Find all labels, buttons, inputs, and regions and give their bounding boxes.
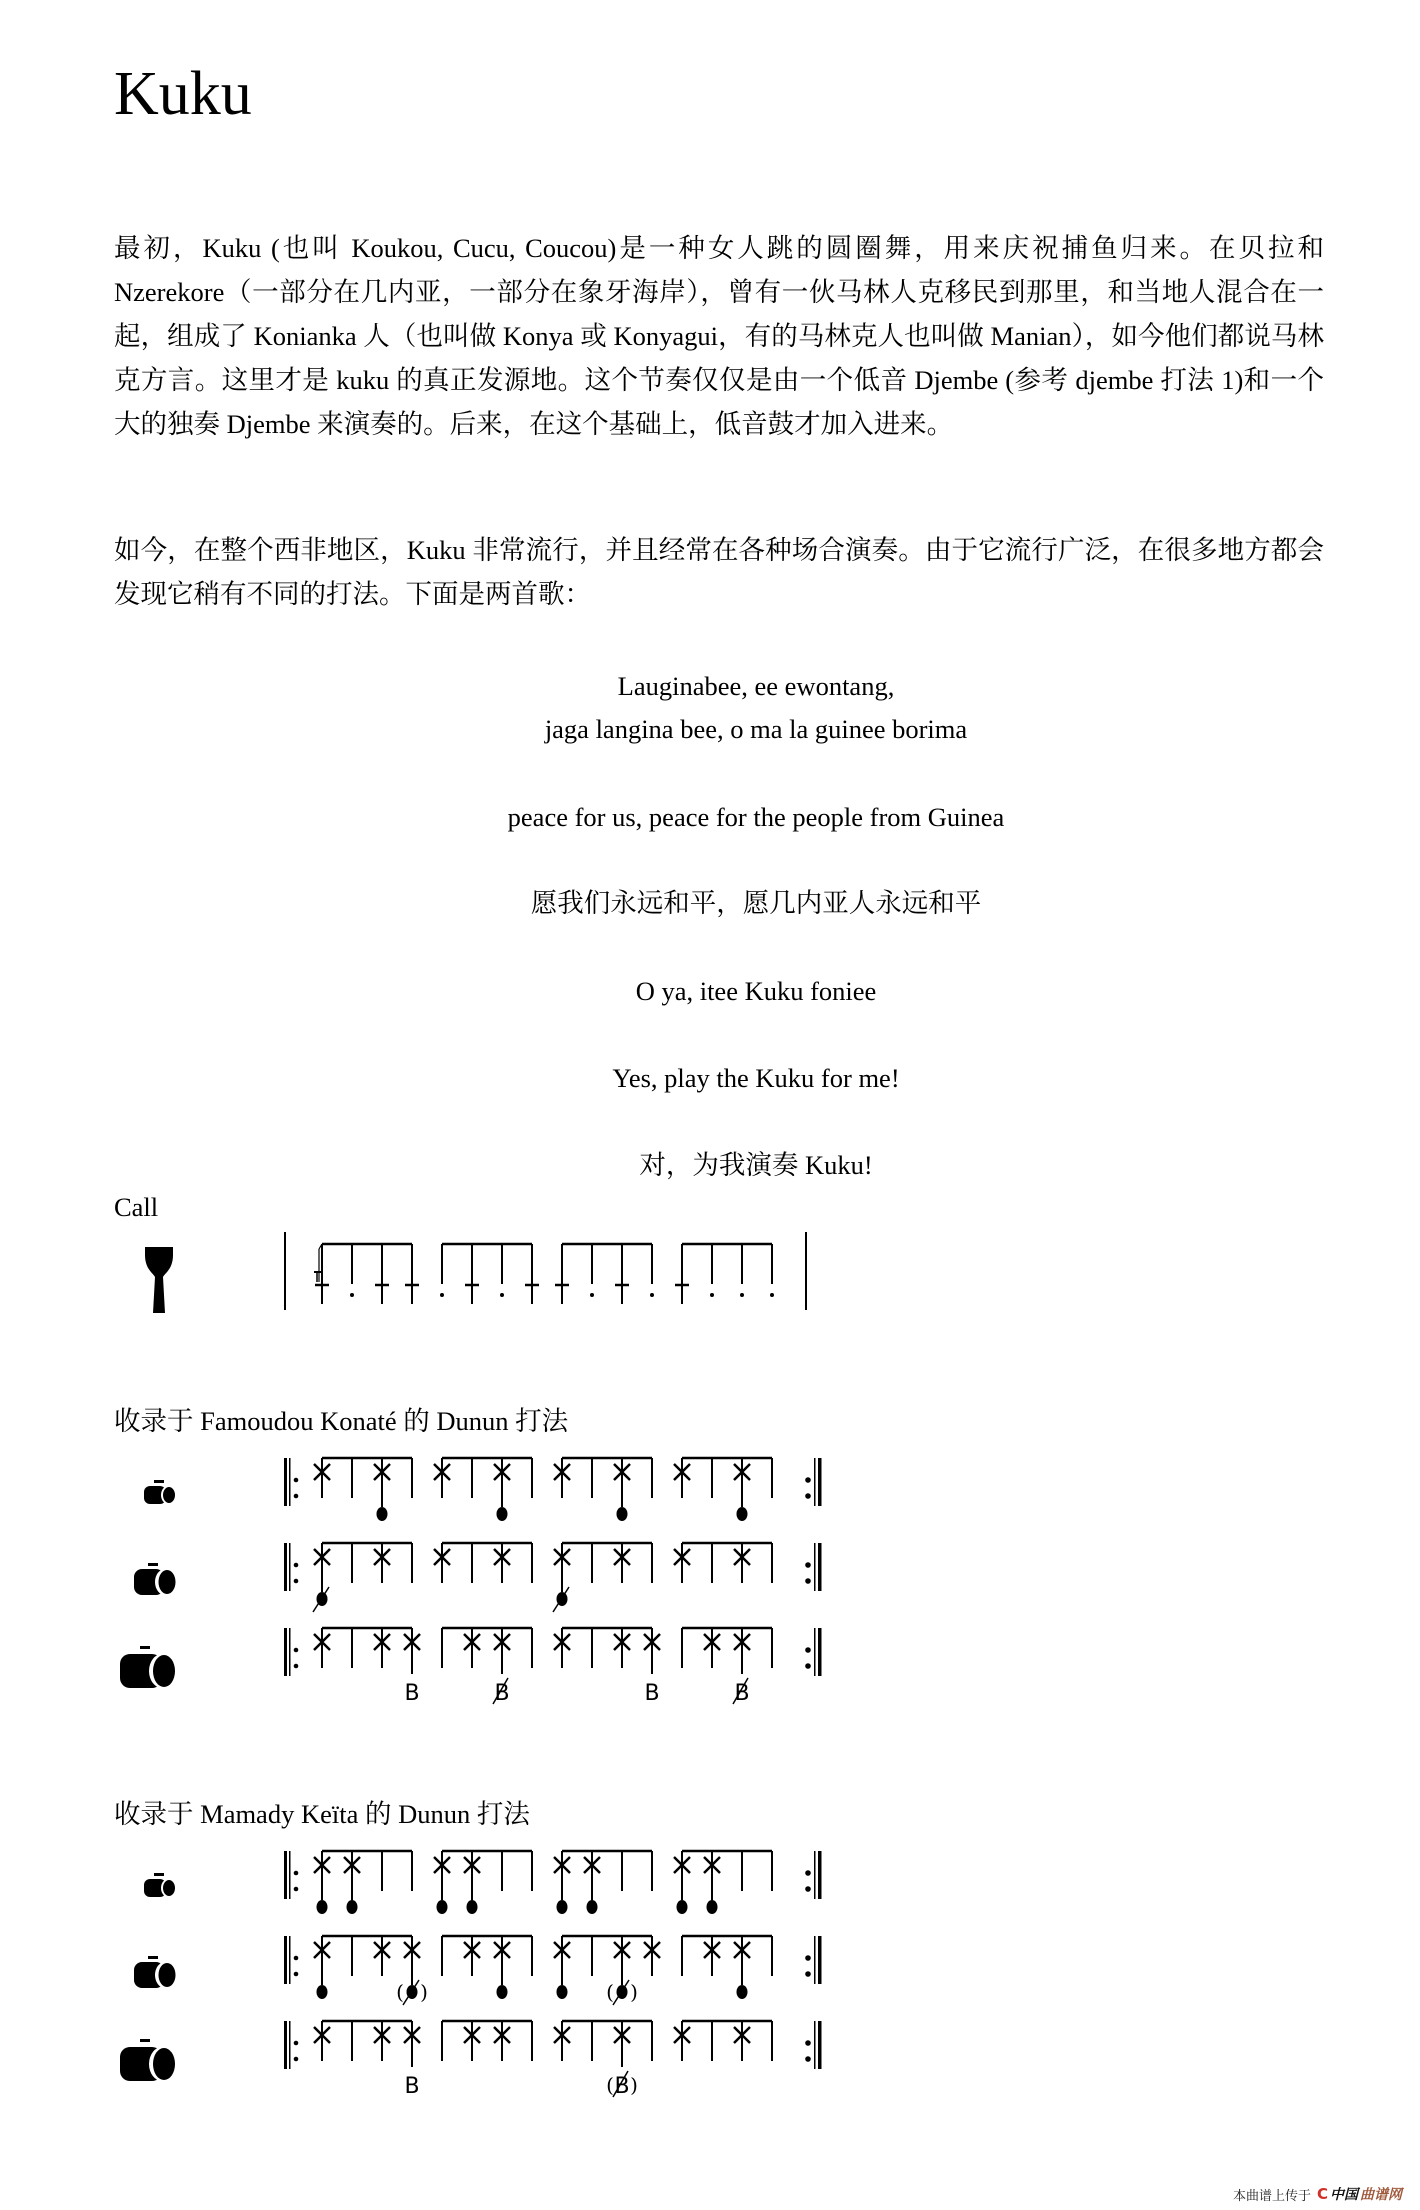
section-label-mamady: 收录于 Mamady Keïta 的 Dunun 打法: [114, 1797, 530, 1831]
lyric-line: O ya, itee Kuku foniee: [0, 974, 1420, 1008]
section-label-famoudou: 收录于 Famoudou Konaté 的 Dunun 打法: [114, 1404, 568, 1438]
lyric-line: 对，为我演奏 Kuku!: [0, 1148, 1420, 1182]
famoudou-sangban-row: [0, 1537, 1420, 1627]
mamady-kenkeni-row: [0, 1845, 1420, 1935]
kenkeni-staff: [0, 1845, 1420, 1935]
lyric-line: Lauginabee, ee ewontang,: [0, 669, 1420, 703]
lyric-line: peace for us, peace for the people from …: [0, 800, 1420, 834]
intro-paragraph: 最初，Kuku (也叫 Koukou, Cucu, Coucou)是一种女人跳的…: [114, 226, 1324, 446]
svg-text:B: B: [614, 2074, 629, 2099]
svg-text:B: B: [734, 1681, 749, 1706]
famoudou-dundunba-row: BBBB: [0, 1622, 1420, 1712]
sangban-staff: [0, 1537, 1420, 1627]
site-logo: C 中国 曲谱网: [1317, 2184, 1402, 2204]
mamady-dundunba-row: BB(): [0, 2015, 1420, 2105]
second-paragraph: 如今，在整个西非地区，Kuku 非常流行，并且经常在各种场合演奏。由于它流行广泛…: [114, 528, 1324, 616]
lyric-line: 愿我们永远和平，愿几内亚人永远和平: [0, 886, 1420, 920]
famoudou-kenkeni-row: [0, 1452, 1420, 1542]
lyric-line: jaga langina bee, o ma la guinee borima: [0, 712, 1420, 746]
call-notation-row: [0, 1232, 1420, 1322]
mamady-sangban-row: ()(): [0, 1930, 1420, 2020]
call-staff: [0, 1232, 1420, 1322]
svg-text:B: B: [404, 2074, 419, 2099]
call-label: Call: [114, 1190, 158, 1224]
watermark: 本曲谱上传于 C 中国 曲谱网: [1233, 2184, 1402, 2204]
page-title: Kuku: [114, 58, 252, 130]
sangban-staff: ()(): [0, 1930, 1420, 2020]
watermark-text: 本曲谱上传于: [1233, 2185, 1311, 2204]
svg-text:): ): [630, 1980, 638, 2004]
svg-text:B: B: [644, 1681, 659, 1706]
svg-text:B: B: [404, 1681, 419, 1706]
logo-mark-icon: C: [1317, 2185, 1328, 2203]
dundunba-staff: BBBB: [0, 1622, 1420, 1712]
kenkeni-staff: [0, 1452, 1420, 1542]
dundunba-staff: BB(): [0, 2015, 1420, 2105]
svg-text:(: (: [606, 1980, 614, 2004]
svg-text:(: (: [396, 1980, 404, 2004]
svg-text:B: B: [494, 1681, 509, 1706]
svg-text:): ): [630, 2073, 638, 2097]
svg-text:(: (: [606, 2073, 614, 2097]
lyric-line: Yes, play the Kuku for me!: [0, 1061, 1420, 1095]
svg-text:): ): [420, 1980, 428, 2004]
